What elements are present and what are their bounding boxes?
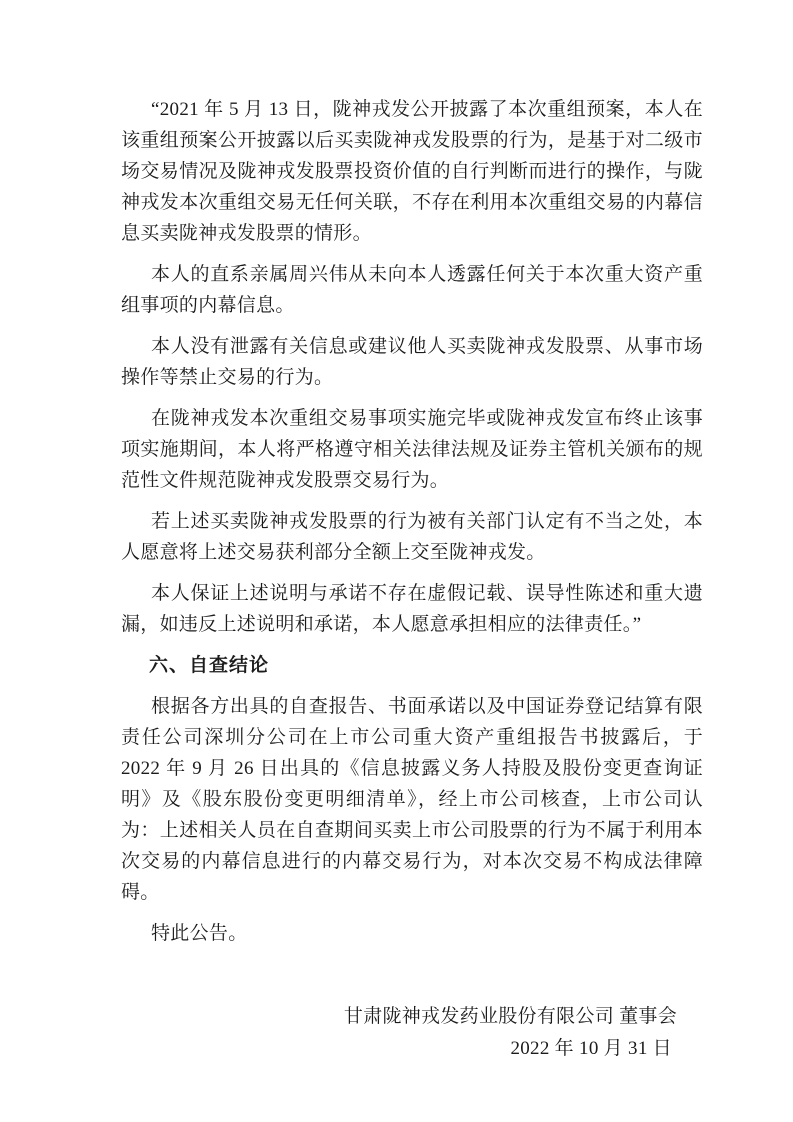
signature-block: 甘肃陇神戎发药业股份有限公司 董事会 2022 年 10 月 31 日: [121, 1001, 703, 1065]
section-heading-self-check-conclusion: 六、自查结论: [121, 650, 703, 681]
paragraph-quote-trading-statement: “2021 年 5 月 13 日，陇神戎发公开披露了本次重组预案，本人在该重组预…: [121, 94, 703, 249]
document-page: “2021 年 5 月 13 日，陇神戎发公开披露了本次重组预案，本人在该重组预…: [0, 0, 793, 1122]
paragraph-closing-announcement: 特此公告。: [121, 918, 703, 949]
paragraph-quote-no-leak: 本人没有泄露有关信息或建议他人买卖陇神戎发股票、从事市场操作等禁止交易的行为。: [121, 331, 703, 393]
paragraph-quote-guarantee: 本人保证上述说明与承诺不存在虚假记载、误导性陈述和重大遗漏，如违反上述说明和承诺…: [121, 578, 703, 640]
signature-date: 2022 年 10 月 31 日: [121, 1033, 703, 1065]
paragraph-quote-compliance: 在陇神戎发本次重组交易事项实施完毕或陇神戎发宣布终止该事项实施期间，本人将严格遵…: [121, 403, 703, 496]
signature-company-board: 甘肃陇神戎发药业股份有限公司 董事会: [121, 1001, 703, 1033]
paragraph-quote-profit-surrender: 若上述买卖陇神戎发股票的行为被有关部门认定有不当之处，本人愿意将上述交易获利部分…: [121, 506, 703, 568]
paragraph-quote-family-disclosure: 本人的直系亲属周兴伟从未向本人透露任何关于本次重大资产重组事项的内幕信息。: [121, 259, 703, 321]
paragraph-conclusion: 根据各方出具的自查报告、书面承诺以及中国证券登记结算有限责任公司深圳分公司在上市…: [121, 691, 703, 908]
